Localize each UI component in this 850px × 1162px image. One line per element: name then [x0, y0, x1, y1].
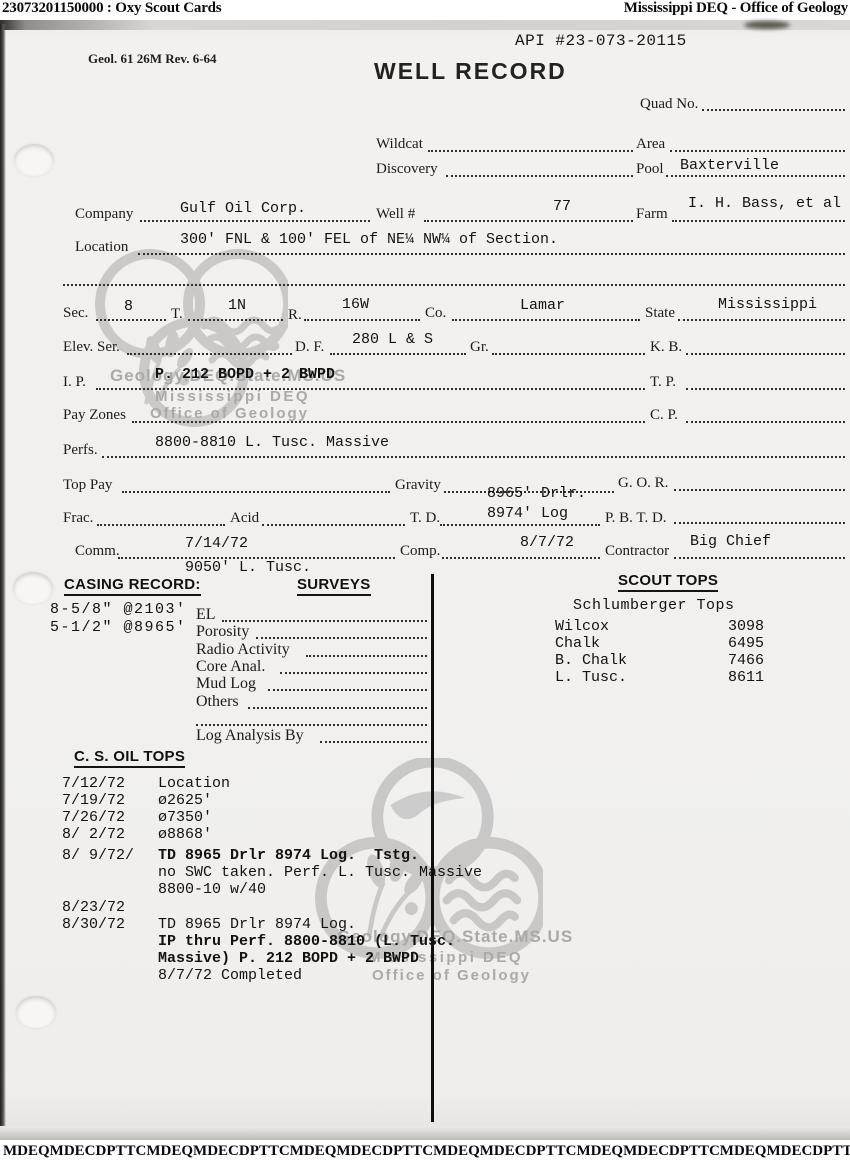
field-pbtd-line	[674, 522, 845, 524]
field-comp-value: 8/7/72	[520, 534, 574, 551]
field-location-value: 300' FNL & 100' FEL of NE¼ NW¼ of Sectio…	[180, 231, 558, 248]
footer-org-tag: PTTC	[680, 1143, 720, 1160]
field-tp-label: T. P.	[650, 374, 676, 391]
field-farm-value: I. H. Bass, et al	[688, 195, 841, 212]
oil-top-text: Massive) P. 212 BOPD + 2 BWPD	[158, 950, 419, 967]
field-elev-ser-line	[127, 353, 292, 355]
field-gor-label: G. O. R.	[618, 475, 668, 492]
oil-top-date: 7/12/72	[62, 775, 125, 792]
field-county-line	[452, 319, 640, 321]
scout-top-name: L. Tusc.	[555, 669, 627, 686]
field-perfs-label: Perfs.	[63, 442, 98, 459]
oil-top-text: TD 8965 Drlr 8974 Log.	[158, 916, 356, 933]
field-df-line	[330, 353, 466, 355]
field-acid-line	[262, 524, 405, 526]
field-range-label: R.	[288, 307, 302, 324]
scout-top-depth: 3098	[728, 618, 764, 635]
field-contractor-line	[674, 557, 845, 559]
field-tp-line	[686, 388, 845, 390]
agency-title: Mississippi DEQ - Office of Geology	[624, 0, 848, 17]
footer-org-tag: MDECD	[623, 1143, 680, 1160]
oil-top-text: 8800-10 w/40	[158, 881, 266, 898]
field-sec-line	[96, 319, 166, 321]
scan-edge-bottom	[0, 1126, 850, 1140]
field-gravity-label: Gravity	[395, 477, 441, 494]
punch-hole	[16, 996, 56, 1028]
oil-top-date: 7/26/72	[62, 809, 125, 826]
field-area-label: Area	[636, 136, 665, 153]
field-range-line	[304, 319, 420, 321]
survey-log-analysis-label: Log Analysis By	[196, 727, 304, 745]
scout-tops-subtitle: Schlumberger Tops	[573, 597, 735, 614]
field-comp-line	[442, 557, 600, 559]
field-sec-value: 8	[124, 298, 133, 315]
oil-top-text: ø8868'	[158, 826, 212, 843]
field-location-label: Location	[75, 239, 128, 256]
field-contractor-label: Contractor	[605, 543, 669, 560]
field-farm-line	[672, 220, 845, 222]
field-gr-label: Gr.	[470, 339, 489, 356]
oil-top-date: 7/19/72	[62, 792, 125, 809]
footer-org-tag: MDEQ	[720, 1143, 767, 1160]
field-kb-line	[686, 353, 845, 355]
field-top-pay-label: Top Pay	[63, 477, 112, 494]
field-kb-label: K. B.	[650, 339, 682, 356]
scout-top-name: Wilcox	[555, 618, 609, 635]
scan-smudge	[744, 21, 790, 29]
field-comm-value2: 9050' L. Tusc.	[185, 559, 311, 576]
footer-org-tag: MDECD	[766, 1143, 823, 1160]
field-df-label: D. F.	[295, 339, 324, 356]
survey-blank-line	[196, 724, 427, 726]
footer-org-tag: PTTC	[106, 1143, 146, 1160]
field-township-line	[188, 319, 283, 321]
field-acid-label: Acid	[230, 510, 259, 527]
field-pool-line	[666, 175, 845, 177]
footer-org-tag: PTTC	[536, 1143, 576, 1160]
casing-record-title: CASING RECORD:	[64, 576, 201, 596]
field-quad-no-line	[702, 109, 845, 111]
footer-org-tag: MDECD	[336, 1143, 393, 1160]
field-location-line2	[63, 284, 845, 286]
field-wildcat-line	[428, 150, 633, 152]
field-company-line	[140, 220, 370, 222]
oil-top-date: 8/ 9/72/	[62, 847, 134, 864]
field-td-log-value: 8974' Log	[487, 505, 568, 522]
scout-top-name: Chalk	[555, 635, 600, 652]
column-divider-line	[431, 574, 434, 1122]
field-comm-label: Comm.	[75, 543, 120, 560]
document-id-title: 23073201150000 : Oxy Scout Cards	[2, 0, 221, 17]
footer-org-tag: MDEQ	[576, 1143, 623, 1160]
survey-item-line	[256, 637, 427, 639]
field-frac-label: Frac.	[63, 510, 93, 527]
field-discovery-line	[446, 175, 633, 177]
field-township-label: T.	[171, 306, 183, 323]
viewer-header-bar: 23073201150000 : Oxy Scout Cards Mississ…	[0, 0, 850, 20]
scout-tops-title: SCOUT TOPS	[618, 572, 718, 592]
footer-org-tag: MDECD	[480, 1143, 537, 1160]
field-td-drlr-value: 8965' Drlr.	[487, 485, 586, 502]
form-title: WELL RECORD	[374, 58, 567, 85]
field-farm-label: Farm	[636, 206, 668, 223]
field-frac-line	[97, 524, 225, 526]
field-comm-value: 7/14/72	[185, 535, 248, 552]
survey-item-line	[268, 689, 427, 691]
scout-top-name: B. Chalk	[555, 652, 627, 669]
field-ip-line	[96, 388, 645, 390]
survey-item-label: Core Anal.	[196, 658, 265, 676]
footer-org-tag: MDEQ	[290, 1143, 337, 1160]
field-state-line	[678, 319, 845, 321]
survey-log-analysis-line	[320, 741, 427, 743]
field-company-label: Company	[75, 206, 133, 223]
survey-item-label: Radio Activity	[196, 641, 290, 659]
scan-edge-left	[0, 24, 6, 1126]
field-td-line	[440, 524, 600, 526]
field-state-label: State	[645, 305, 675, 322]
field-pool-label: Pool	[636, 161, 664, 178]
oil-top-date: 8/30/72	[62, 916, 125, 933]
scout-top-depth: 6495	[728, 635, 764, 652]
field-comp-label: Comp.	[400, 543, 440, 560]
watermark-office-text: Office of Geology	[150, 405, 309, 422]
field-pool-value: Baxterville	[680, 157, 779, 174]
field-pay-zones-label: Pay Zones	[63, 407, 126, 424]
oil-top-text: ø2625'	[158, 792, 212, 809]
field-gor-line	[674, 489, 845, 491]
casing-entry: 5-1/2" @8965'	[50, 619, 187, 636]
form-revision-note: Geol. 61 26M Rev. 6-64	[88, 51, 217, 67]
survey-item-line	[248, 707, 427, 709]
field-gr-line	[492, 353, 645, 355]
field-well-no-line	[424, 220, 633, 222]
field-elev-ser-label: Elev. Ser.	[63, 339, 120, 356]
scan-edge-top	[0, 20, 850, 30]
scout-top-depth: 8611	[728, 669, 764, 686]
field-top-pay-line	[122, 491, 390, 493]
watermark-agency-text: Mississippi DEQ	[155, 388, 310, 405]
footer-org-tag: MDECD	[193, 1143, 250, 1160]
field-perfs-line	[102, 456, 845, 458]
oil-top-text: IP thru Perf. 8800-8810 (L. Tusc.	[158, 933, 455, 950]
oil-top-text: TD 8965 Drlr 8974 Log. Tstg.	[158, 847, 419, 864]
footer-org-tag: PTTC	[823, 1143, 850, 1160]
field-company-value: Gulf Oil Corp.	[180, 200, 306, 217]
field-pay-zones-line	[132, 421, 645, 423]
footer-org-tag: MDECD	[50, 1143, 107, 1160]
field-cp-label: C. P.	[650, 407, 678, 424]
field-area-line	[670, 150, 845, 152]
field-wildcat-label: Wildcat	[376, 136, 423, 153]
field-ip-label: I. P.	[63, 374, 86, 391]
field-location-line	[138, 253, 845, 255]
footer-org-tag: PTTC	[393, 1143, 433, 1160]
field-td-label: T. D.	[410, 510, 440, 527]
api-number: API #23-073-20115	[515, 32, 687, 50]
footer-org-tag: PTTC	[250, 1143, 290, 1160]
field-contractor-value: Big Chief	[690, 533, 771, 550]
field-well-no-label: Well #	[376, 206, 415, 223]
oil-top-text: Location	[158, 775, 230, 792]
survey-item-label: Porosity	[196, 623, 249, 641]
oil-top-text: no SWC taken. Perf. L. Tusc. Massive	[158, 864, 482, 881]
oil-top-text: 8/7/72 Completed	[158, 967, 302, 984]
survey-item-label: EL	[196, 606, 216, 624]
field-df-value: 280 L & S	[352, 331, 433, 348]
footer-org-tag: MDEQ	[433, 1143, 480, 1160]
field-well-no-value: 77	[553, 198, 571, 215]
survey-item-line	[222, 620, 427, 622]
scout-top-depth: 7466	[728, 652, 764, 669]
field-ip-value: P. 212 BOPD + 2 BWPD	[155, 366, 335, 383]
field-township-value: 1N	[228, 297, 246, 314]
field-range-value: 16W	[342, 296, 369, 313]
scanned-well-record-page: 23073201150000 : Oxy Scout Cards Mississ…	[0, 0, 850, 1162]
survey-item-line	[306, 655, 427, 657]
watermark-office-text: Office of Geology	[372, 967, 531, 984]
oil-top-date: 8/ 2/72	[62, 826, 125, 843]
punch-hole	[13, 572, 53, 604]
viewer-footer-bar: MDEQ MDECD PTTC MDEQ MDECD PTTC MDEQ MDE…	[0, 1140, 850, 1162]
oil-top-date: 8/23/72	[62, 899, 125, 916]
survey-item-label: Mud Log	[196, 675, 256, 693]
surveys-title: SURVEYS	[297, 576, 371, 596]
field-state-value: Mississippi	[718, 296, 817, 313]
punch-hole	[14, 144, 54, 176]
field-county-label: Co.	[425, 305, 446, 322]
casing-entry: 8-5/8" @2103'	[50, 601, 187, 618]
field-discovery-label: Discovery	[376, 161, 438, 178]
footer-org-tag: MDEQ	[146, 1143, 193, 1160]
field-sec-label: Sec.	[63, 305, 88, 322]
field-perfs-value: 8800-8810 L. Tusc. Massive	[155, 434, 389, 451]
footer-org-tag: MDEQ	[3, 1143, 50, 1160]
survey-item-label: Others	[196, 693, 239, 711]
oil-top-text: ø7350'	[158, 809, 212, 826]
field-cp-line	[686, 421, 845, 423]
field-quad-no-label: Quad No.	[640, 96, 698, 113]
survey-item-line	[280, 672, 427, 674]
field-county-value: Lamar	[520, 297, 565, 314]
oil-tops-title: C. S. OIL TOPS	[74, 748, 185, 768]
field-pbtd-label: P. B. T. D.	[605, 510, 667, 527]
